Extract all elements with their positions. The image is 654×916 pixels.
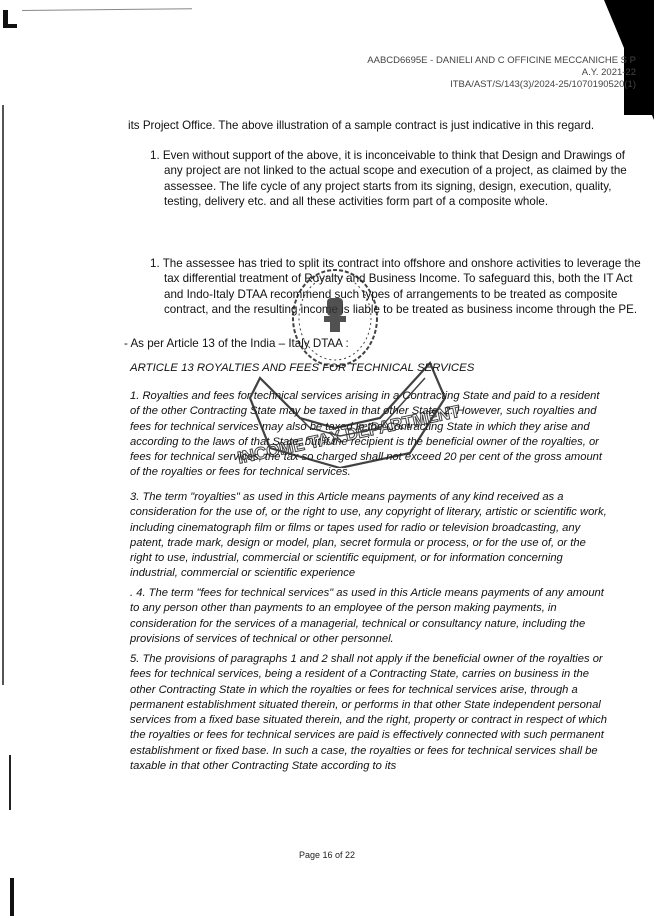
article-paragraph: 3. The term "royalties" as used in this … <box>130 490 610 582</box>
scan-left-mark <box>9 755 11 810</box>
header-assessee: AABCD6695E - DANIELI AND C OFFICINE MECC… <box>367 55 636 67</box>
scan-corner-mark <box>3 10 8 28</box>
header-assessment-year: A.Y. 2021-22 <box>367 67 636 79</box>
paragraph-number: 1. <box>150 149 160 162</box>
article-paragraph: 1. Royalties and fees for technical serv… <box>130 389 610 481</box>
article-paragraph: . 4. The term "fees for technical servic… <box>130 586 610 647</box>
paragraph-text: The assessee has tried to split its cont… <box>163 257 641 316</box>
numbered-paragraph: 1. The assessee has tried to split its c… <box>150 256 644 317</box>
scan-left-mark <box>10 878 14 916</box>
article-title: ARTICLE 13 ROYALTIES AND FEES FOR TECHNI… <box>130 362 474 374</box>
document-header: AABCD6695E - DANIELI AND C OFFICINE MECC… <box>367 55 636 91</box>
paragraph-number: 1. <box>150 257 160 270</box>
header-reference: ITBA/AST/S/143(3)/2024-25/1070190520(1) <box>367 79 636 91</box>
page-number: Page 16 of 22 <box>0 850 654 860</box>
paragraph-text: Even without support of the above, it is… <box>163 149 627 208</box>
numbered-paragraph: 1. Even without support of the above, it… <box>150 148 644 209</box>
scan-edge-line <box>22 8 192 11</box>
article-reference: - As per Article 13 of the India – Italy… <box>124 336 349 351</box>
scan-left-edge <box>2 105 4 685</box>
article-paragraph: 5. The provisions of paragraphs 1 and 2 … <box>130 652 610 774</box>
intro-paragraph: its Project Office. The above illustrati… <box>128 118 648 133</box>
